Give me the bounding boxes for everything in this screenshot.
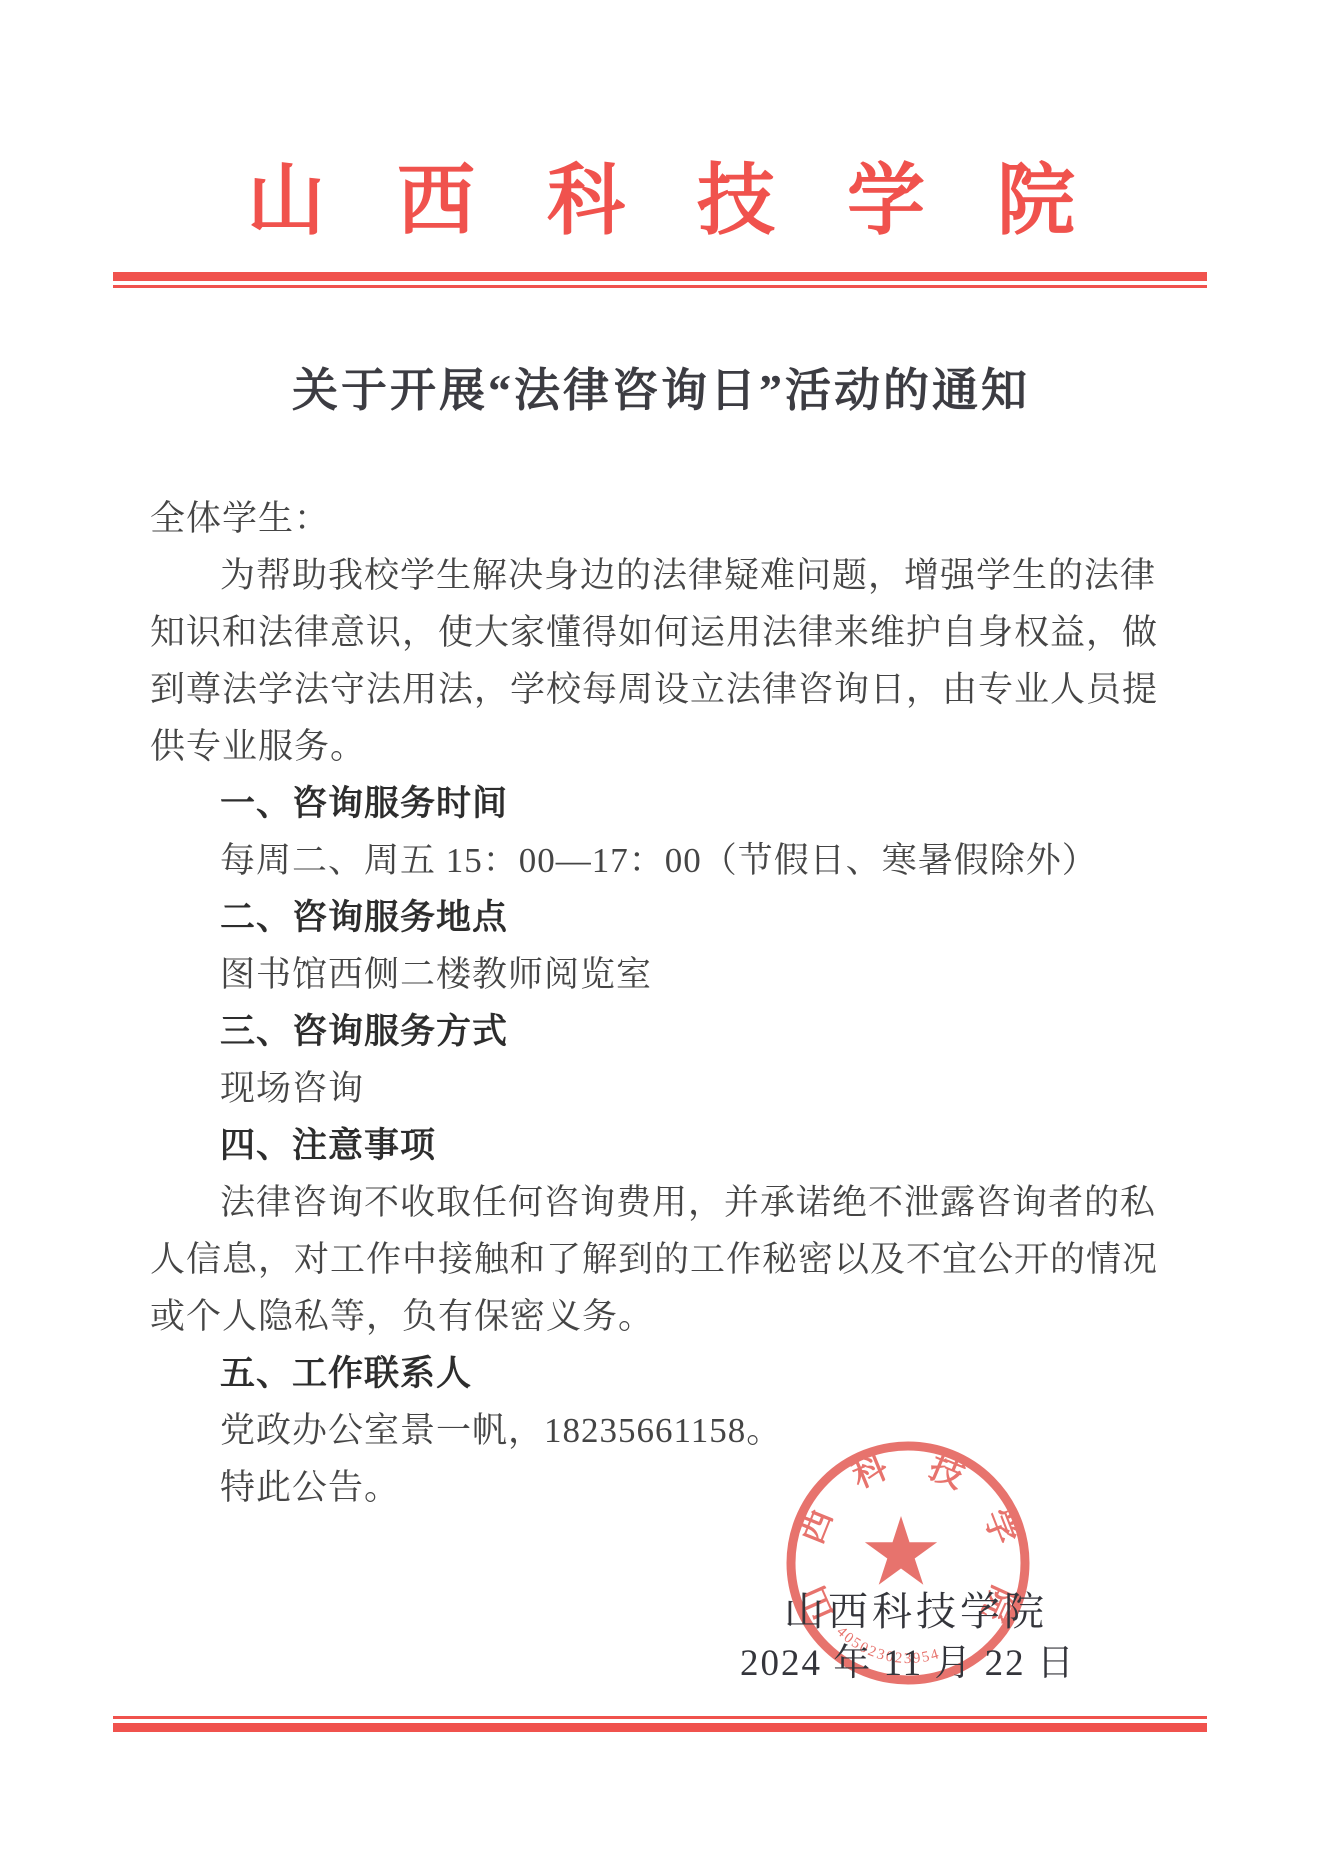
- section-4-line-2: 人信息，对工作中接触和了解到的工作秘密以及不宜公开的情况: [150, 1231, 1180, 1288]
- signature-org-name: 山西科技学院: [784, 1580, 1048, 1637]
- section-4-line-1: 法律咨询不收取任何咨询费用，并承诺绝不泄露咨询者的私: [150, 1174, 1180, 1231]
- letterhead-title: 山西科技学院: [0, 138, 1322, 250]
- paragraph-1-line-2: 知识和法律意识，使大家懂得如何运用法律来维护自身权益，做: [150, 604, 1180, 661]
- section-4-heading: 四、注意事项: [150, 1117, 1180, 1174]
- salutation: 全体学生：: [150, 490, 1180, 547]
- footer-double-rule: [113, 1716, 1207, 1732]
- signature-date: 2024 年 11 月 22 日: [740, 1632, 1076, 1686]
- header-double-rule: [113, 272, 1207, 288]
- header-rule-thick: [113, 272, 1207, 281]
- footer-rule-thick: [113, 1723, 1207, 1732]
- section-2-content: 图书馆西侧二楼教师阅览室: [150, 946, 1180, 1003]
- notice-document-page: 山西科技学院 关于开展“法律咨询日”活动的通知 全体学生： 为帮助我校学生解决身…: [0, 0, 1322, 1872]
- document-title: 关于开展“法律咨询日”活动的通知: [0, 354, 1322, 420]
- paragraph-1-line-1: 为帮助我校学生解决身边的法律疑难问题，增强学生的法律: [150, 547, 1180, 604]
- header-rule-thin: [113, 285, 1207, 288]
- section-1-content: 每周二、周五 15：00—17：00（节假日、寒暑假除外）: [150, 832, 1180, 889]
- paragraph-1-line-3: 到尊法学法守法用法，学校每周设立法律咨询日，由专业人员提: [150, 661, 1180, 718]
- section-2-heading: 二、咨询服务地点: [150, 889, 1180, 946]
- seal-star-icon: [865, 1516, 937, 1585]
- body-text: 全体学生： 为帮助我校学生解决身边的法律疑难问题，增强学生的法律 知识和法律意识…: [150, 490, 1180, 1516]
- section-5-heading: 五、工作联系人: [150, 1345, 1180, 1402]
- section-3-heading: 三、咨询服务方式: [150, 1003, 1180, 1060]
- section-1-heading: 一、咨询服务时间: [150, 775, 1180, 832]
- section-4-line-3: 或个人隐私等，负有保密义务。: [150, 1288, 1180, 1345]
- paragraph-1-line-4: 供专业服务。: [150, 718, 1180, 775]
- section-3-content: 现场咨询: [150, 1060, 1180, 1117]
